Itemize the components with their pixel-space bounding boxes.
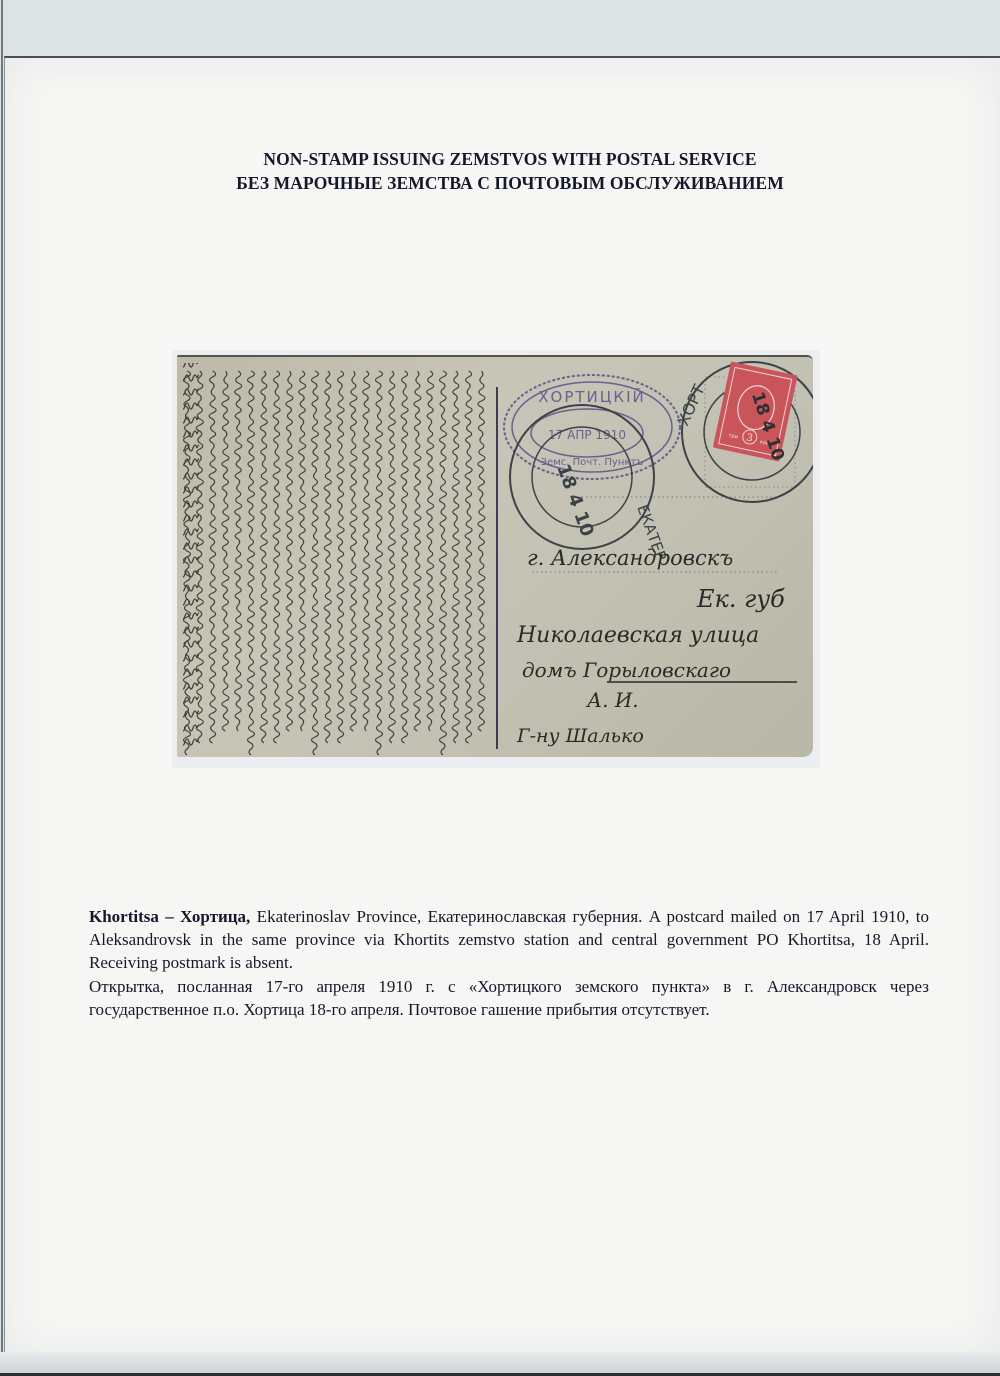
svg-text:17 АПР 1910: 17 АПР 1910 (548, 428, 626, 442)
page-title: NON-STAMP ISSUING ZEMSTVOS WITH POSTAL S… (0, 147, 1000, 195)
postcard-description: Khortitsa – Хортица, Ekaterinoslav Provi… (89, 905, 929, 1021)
description-english: Khortitsa – Хортица, Ekaterinoslav Provi… (89, 905, 929, 975)
postcard-image: ХОРТИЦКІЙ 17 АПР 1910 Земс. Почт. Пунктъ… (177, 355, 813, 757)
postage-stamp-3-kopek: 3 три коп 18 4 10 (712, 361, 805, 467)
svg-text:18 4 10: 18 4 10 (552, 462, 597, 540)
description-russian: Открытка, посланная 17-го апреля 1910 г.… (89, 975, 929, 1021)
svg-text:Г-ну Шалько: Г-ну Шалько (516, 725, 644, 747)
svg-text:домъ Горыловскаго: домъ Горыловскаго (522, 658, 731, 682)
page-bottom-edge (0, 1352, 1000, 1376)
handwritten-message (183, 363, 485, 755)
address-handwriting: г. Александровскъ Ек. губ Николаевская у… (516, 546, 797, 747)
location-name: Khortitsa – Хортица, (89, 907, 250, 926)
title-english: NON-STAMP ISSUING ZEMSTVOS WITH POSTAL S… (0, 147, 1000, 171)
svg-text:г. Александровскъ: г. Александровскъ (527, 546, 733, 570)
svg-text:А. И.: А. И. (585, 688, 639, 712)
svg-text:Николаевская улица: Николаевская улица (516, 623, 759, 648)
svg-text:Ек. губ: Ек. губ (696, 585, 785, 613)
page-edge-line (1, 0, 3, 1376)
title-russian: БЕЗ МАРОЧНЫЕ ЗЕМСТВА С ПОЧТОВЫМ ОБСЛУЖИВ… (0, 171, 1000, 195)
svg-text:ХОРТИЦКІЙ: ХОРТИЦКІЙ (538, 387, 645, 406)
svg-text:ХОРТ: ХОРТ (673, 382, 708, 429)
